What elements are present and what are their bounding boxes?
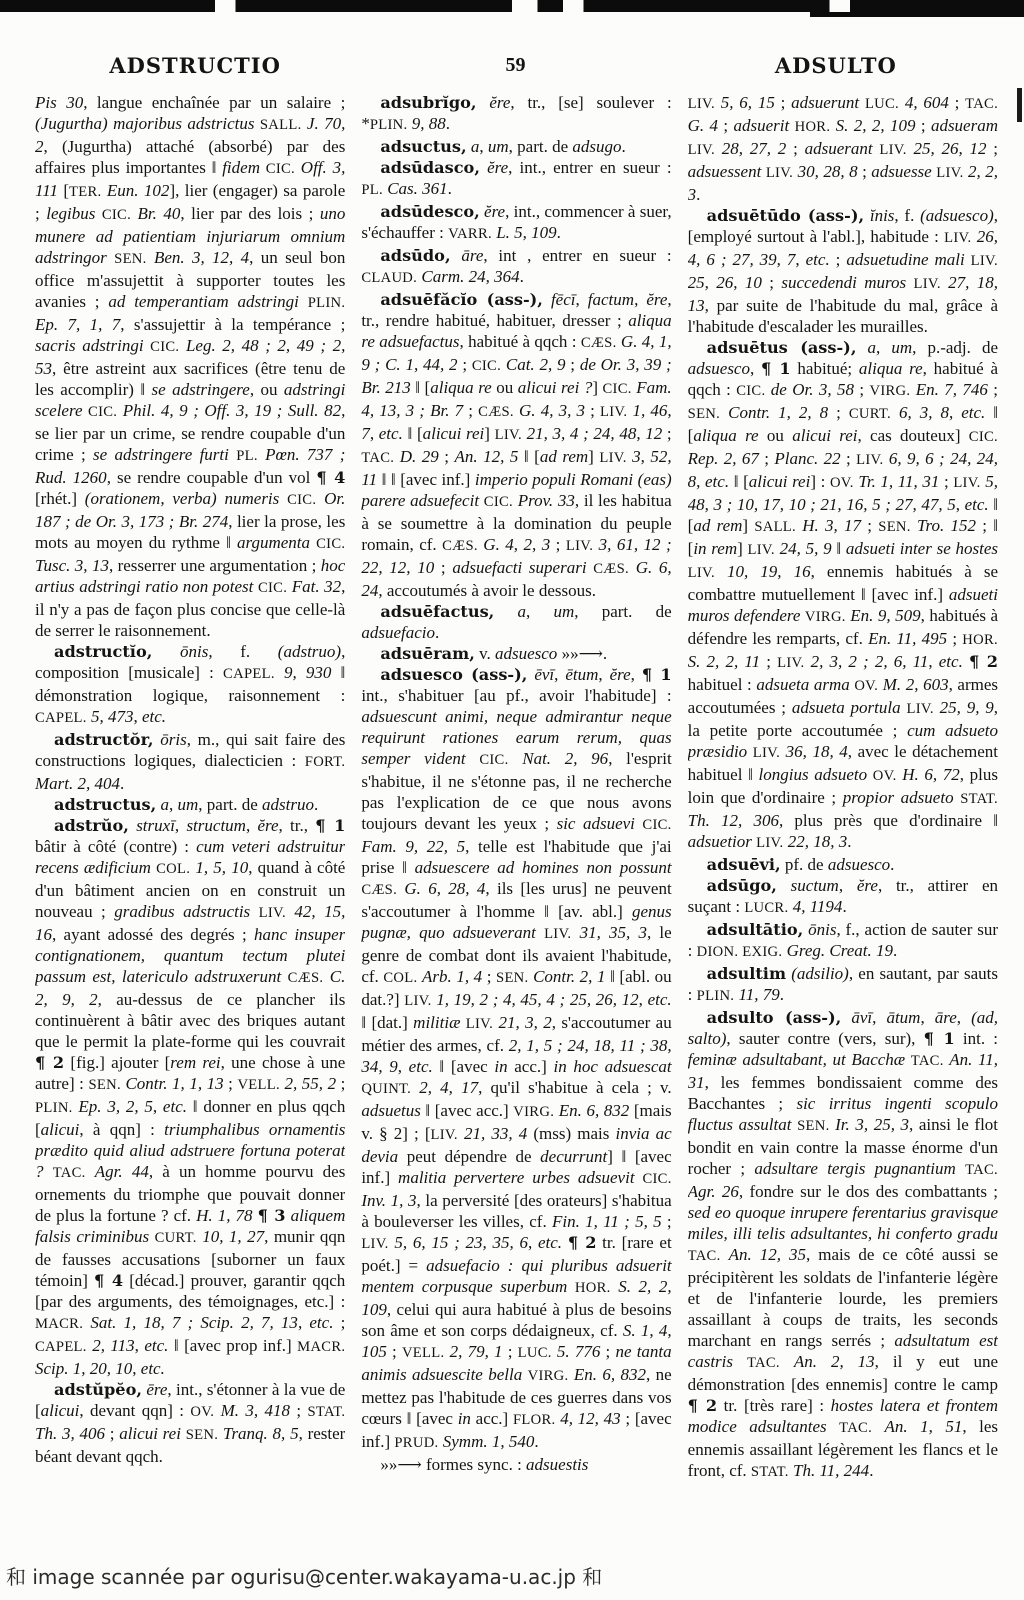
entry-paragraph: adstructus, a, um, part. de adstruo.: [35, 794, 345, 815]
entry-paragraph: adsuctus, a, um, part. de adsugo.: [361, 136, 671, 157]
dictionary-page-scan: ADSTRUCTIO 59 ADSULTO Pis 30, langue enc…: [0, 0, 1024, 1600]
entry-paragraph: adsuētus (ass-), a, um, p.-adj. de adsue…: [688, 337, 998, 854]
entry-paragraph: adsulto (ass-), āvī, ātum, āre, (ad, sal…: [688, 1007, 998, 1483]
entry-paragraph: adsubrĭgo, ĕre, tr., [se] soulever : *PL…: [361, 92, 671, 136]
entry-paragraph: adstrŭo, struxī, structum, ĕre, tr., ¶ 1…: [35, 815, 345, 1379]
entry-paragraph: adsuesco (ass-), ēvī, ētum, ĕre, ¶ 1 int…: [361, 664, 671, 1454]
entry-paragraph: adsuēram, v. adsuesco »»⟶.: [361, 643, 671, 664]
entry-paragraph: adsuēvi, pf. de adsuesco.: [688, 854, 998, 875]
entry-paragraph: adsūdesco, ĕre, int., commencer à suer, …: [361, 201, 671, 245]
scan-edge-artifact-secondary: [810, 12, 1024, 17]
entry-paragraph: Pis 30, langue enchaînée par un salaire …: [35, 92, 345, 641]
entry-paragraph: adsuēfactus, a, um, part. de adsuefacio.: [361, 601, 671, 643]
entry-paragraph: adsūgo, suctum, ĕre, tr., attirer en suç…: [688, 875, 998, 919]
entry-paragraph: LIV. 5, 6, 15 ; adsuerunt LUC. 4, 604 ; …: [688, 92, 998, 205]
scan-edge-artifact: [0, 0, 1024, 12]
scan-annotation: 和 image scannée par ogurisu@center.wakay…: [6, 1561, 602, 1590]
entry-paragraph: adstructĭo, ōnis, f. (adstruo), composit…: [35, 641, 345, 729]
scan-edge-tick: [1017, 88, 1022, 122]
entry-paragraph: adsultim (adsilio), en sautant, par saut…: [688, 963, 998, 1007]
entry-paragraph: adsuētūdo (ass-), ĭnis, f. (adsuesco), […: [688, 205, 998, 337]
entry-paragraph: adsūdasco, ĕre, int., entrer en sueur : …: [361, 157, 671, 201]
text-columns: Pis 30, langue enchaînée par un salaire …: [35, 92, 998, 1550]
entry-paragraph: adsultātio, ōnis, f., action de sauter s…: [688, 919, 998, 963]
column-3: LIV. 5, 6, 15 ; adsuerunt LUC. 4, 604 ; …: [688, 92, 998, 1550]
entry-paragraph: adsūdo, āre, int , entrer en sueur : CLA…: [361, 245, 671, 289]
entry-paragraph: adstructŏr, ōris, m., qui sait faire des…: [35, 729, 345, 794]
column-1: Pis 30, langue enchaînée par un salaire …: [35, 92, 345, 1550]
header-right-keyword: ADSULTO: [676, 53, 996, 78]
entry-paragraph: adstŭpĕo, ēre, int., s'étonner à la vue …: [35, 1379, 345, 1467]
page-header: ADSTRUCTIO 59 ADSULTO: [35, 50, 996, 80]
entry-paragraph: adsuēfăcĭo (ass-), fēcī, factum, ĕre, tr…: [361, 289, 671, 601]
header-left-keyword: ADSTRUCTIO: [35, 53, 355, 78]
entry-paragraph: »»⟶ formes sync. : adsuestis: [361, 1454, 671, 1475]
page-number: 59: [355, 54, 675, 77]
column-2: adsubrĭgo, ĕre, tr., [se] soulever : *PL…: [361, 92, 671, 1550]
